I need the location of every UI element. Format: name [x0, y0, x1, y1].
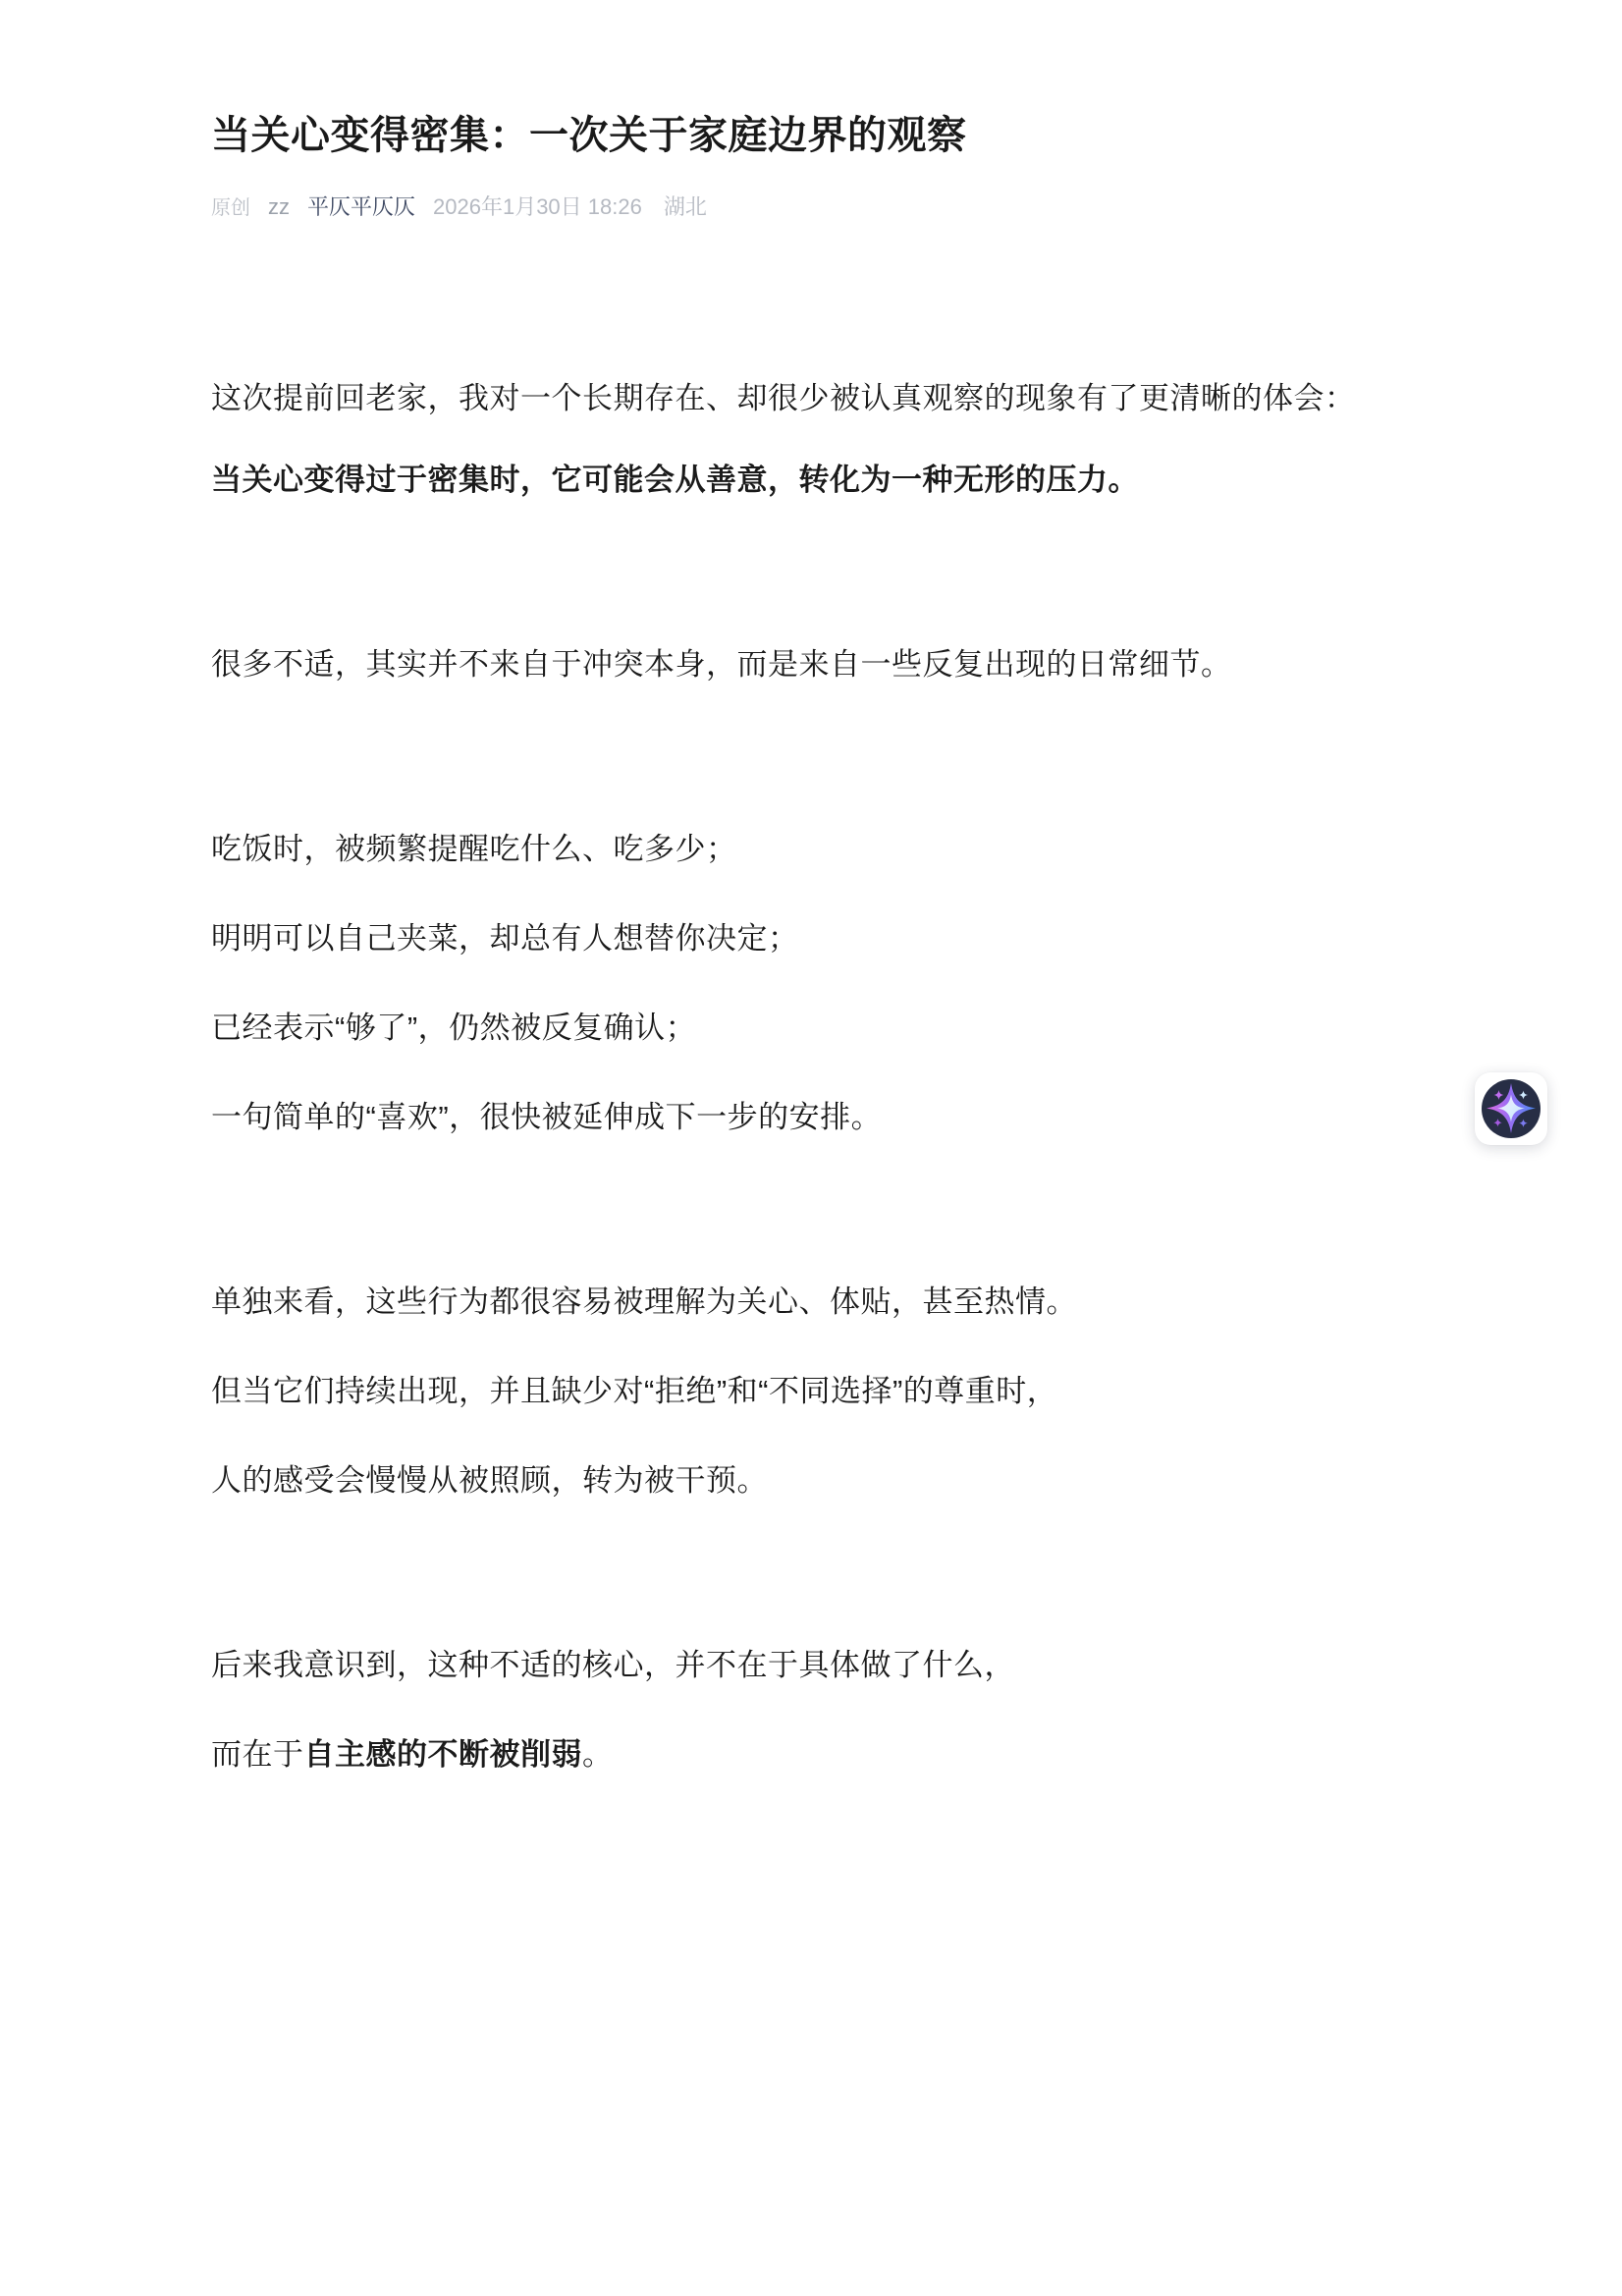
publish-location: 湖北 [664, 192, 707, 222]
article-paragraph: 明明可以自己夹菜，却总有人想替你决定； [211, 917, 1411, 960]
account-link[interactable]: 平仄平仄仄 [307, 192, 415, 222]
page-title: 当关心变得密集：一次关于家庭边界的观察 [211, 110, 1411, 161]
article-paragraph: 人的感受会慢慢从被照顾，转为被干预。 [211, 1459, 1411, 1503]
author-name[interactable]: zz [268, 192, 290, 222]
article-paragraph: 一句简单的“喜欢”，很快被延伸成下一步的安排。 [211, 1096, 1411, 1139]
article-paragraph: 已经表示“够了”，仍然被反复确认； [211, 1007, 1411, 1050]
article-paragraph: 但当它们持续出现，并且缺少对“拒绝”和“不同选择”的尊重时， [211, 1370, 1411, 1413]
article: 当关心变得密集：一次关于家庭边界的观察 原创 zz 平仄平仄仄 2026年1月3… [0, 0, 1622, 1777]
sparkle-ai-icon [1482, 1079, 1541, 1138]
article-page: 当关心变得密集：一次关于家庭边界的观察 原创 zz 平仄平仄仄 2026年1月3… [0, 0, 1622, 1777]
publish-datetime: 2026年1月30日 18:26 [433, 192, 642, 222]
article-paragraph: 这次提前回老家，我对一个长期存在、却很少被认真观察的现象有了更清晰的体会： [211, 377, 1411, 420]
article-paragraph: 后来我意识到，这种不适的核心，并不在于具体做了什么， [211, 1644, 1411, 1687]
article-paragraph: 当关心变得过于密集时，它可能会从善意，转化为一种无形的压力。 [211, 459, 1411, 502]
original-badge: 原创 [211, 193, 250, 223]
article-paragraph: 而在于自主感的不断被削弱。 [211, 1733, 1411, 1777]
article-paragraph: 单独来看，这些行为都很容易被理解为关心、体贴，甚至热情。 [211, 1281, 1411, 1324]
article-paragraph: 很多不适，其实并不来自于冲突本身，而是来自一些反复出现的日常细节。 [211, 643, 1411, 686]
ai-assistant-button[interactable] [1475, 1072, 1547, 1145]
article-body: 这次提前回老家，我对一个长期存在、却很少被认真观察的现象有了更清晰的体会：当关心… [211, 377, 1411, 1777]
article-meta: 原创 zz 平仄平仄仄 2026年1月30日 18:26 湖北 [211, 192, 1411, 223]
article-paragraph: 吃饭时，被频繁提醒吃什么、吃多少； [211, 828, 1411, 871]
